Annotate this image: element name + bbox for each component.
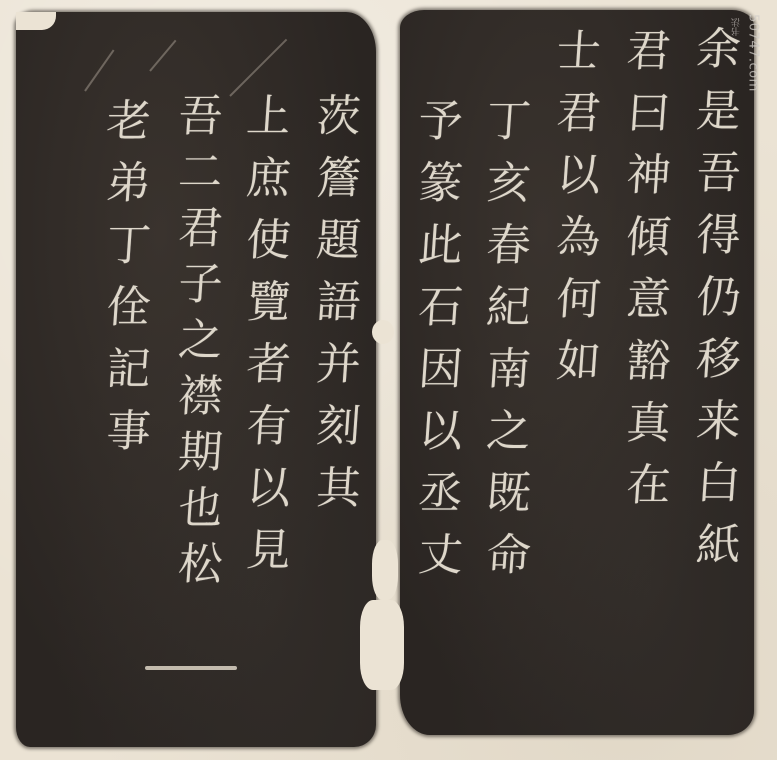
character: 篆: [410, 162, 470, 224]
character: 南: [478, 348, 538, 410]
character: 石: [410, 286, 470, 348]
right-column-1: 余 是 吾 得 仍 移 来 白 紙: [690, 28, 746, 586]
character: 上: [238, 95, 298, 157]
character: 丁: [478, 100, 538, 162]
character: 也: [170, 487, 230, 543]
watermark-site: 50747.com: [746, 14, 761, 92]
character: 襟: [170, 375, 230, 431]
character: 簷: [308, 157, 368, 219]
right-column-2: 君 曰 神 傾 意 豁 真 在: [620, 30, 676, 526]
horizontal-stroke-mark: [145, 666, 237, 670]
character: 君: [618, 30, 678, 92]
character: 春: [478, 224, 538, 286]
character: 丈: [410, 534, 470, 596]
character: 既: [478, 472, 538, 534]
character: 以: [238, 467, 298, 529]
character: 并: [308, 343, 368, 405]
character: 丁: [98, 224, 158, 286]
character: 紀: [478, 286, 538, 348]
character: 亥: [478, 162, 538, 224]
character: 者: [238, 343, 298, 405]
character: 為: [548, 216, 608, 278]
character: 語: [308, 281, 368, 343]
character: 豁: [618, 340, 678, 402]
character: 命: [478, 534, 538, 596]
character: 以: [410, 410, 470, 472]
character: 老: [98, 100, 158, 162]
character: 茨: [308, 95, 368, 157]
paper-blemish: [372, 540, 398, 600]
character: 得: [688, 214, 748, 276]
character: 神: [618, 154, 678, 216]
character: 期: [170, 431, 230, 487]
character: 来: [688, 400, 748, 462]
character: 以: [548, 154, 608, 216]
character: 刻: [308, 405, 368, 467]
character: 君: [548, 92, 608, 154]
character: 予: [410, 100, 470, 162]
character: 曰: [618, 92, 678, 154]
character: 白: [688, 462, 748, 524]
character: 如: [548, 340, 608, 402]
character: 因: [410, 348, 470, 410]
character: 吾: [688, 152, 748, 214]
character: 是: [688, 90, 748, 152]
character: 庶: [238, 157, 298, 219]
character: 覽: [238, 281, 298, 343]
right-column-4: 丁 亥 春 紀 南 之 既 命: [480, 100, 536, 596]
character: 士: [548, 30, 608, 92]
character: 意: [618, 278, 678, 340]
character: 子: [170, 263, 230, 319]
character: 松: [170, 543, 230, 599]
character: 移: [688, 338, 748, 400]
character: 吾: [170, 95, 230, 151]
character: 何: [548, 278, 608, 340]
right-column-3: 士 君 以 為 何 如: [550, 30, 606, 402]
character: 佺: [98, 286, 158, 348]
paper-blemish: [372, 320, 394, 344]
character: 弟: [98, 162, 158, 224]
watermark-chinese: 书法: [730, 18, 743, 36]
character: 余: [688, 28, 748, 90]
character: 其: [308, 467, 368, 529]
character: 真: [618, 402, 678, 464]
character: 君: [170, 207, 230, 263]
left-column-2: 上 庶 使 覽 者 有 以 見: [240, 95, 296, 591]
character: 事: [98, 410, 158, 472]
character: 見: [238, 529, 298, 591]
left-column-4: 老 弟 丁 佺 記 事: [100, 100, 156, 472]
character: 紙: [688, 524, 748, 586]
watermark: 书法 50747.com: [742, 14, 764, 124]
character: 之: [170, 319, 230, 375]
left-column-3: 吾 二 君 子 之 襟 期 也 松: [172, 95, 228, 599]
right-column-5: 予 篆 此 石 因 以 丞 丈: [412, 100, 468, 596]
character: 在: [618, 464, 678, 526]
character: 題: [308, 219, 368, 281]
character: 有: [238, 405, 298, 467]
rubbing-image: 余 是 吾 得 仍 移 来 白 紙 君 曰 神 傾 意 豁 真 在 士 君 以 …: [0, 0, 777, 760]
character: 二: [170, 151, 230, 207]
panel-notch: [16, 12, 56, 30]
character: 仍: [688, 276, 748, 338]
left-column-1: 茨 簷 題 語 并 刻 其: [310, 95, 366, 529]
character: 此: [410, 224, 470, 286]
character: 丞: [410, 472, 470, 534]
character: 之: [478, 410, 538, 472]
paper-blemish: [360, 600, 404, 690]
character: 傾: [618, 216, 678, 278]
character: 記: [98, 348, 158, 410]
character: 使: [238, 219, 298, 281]
